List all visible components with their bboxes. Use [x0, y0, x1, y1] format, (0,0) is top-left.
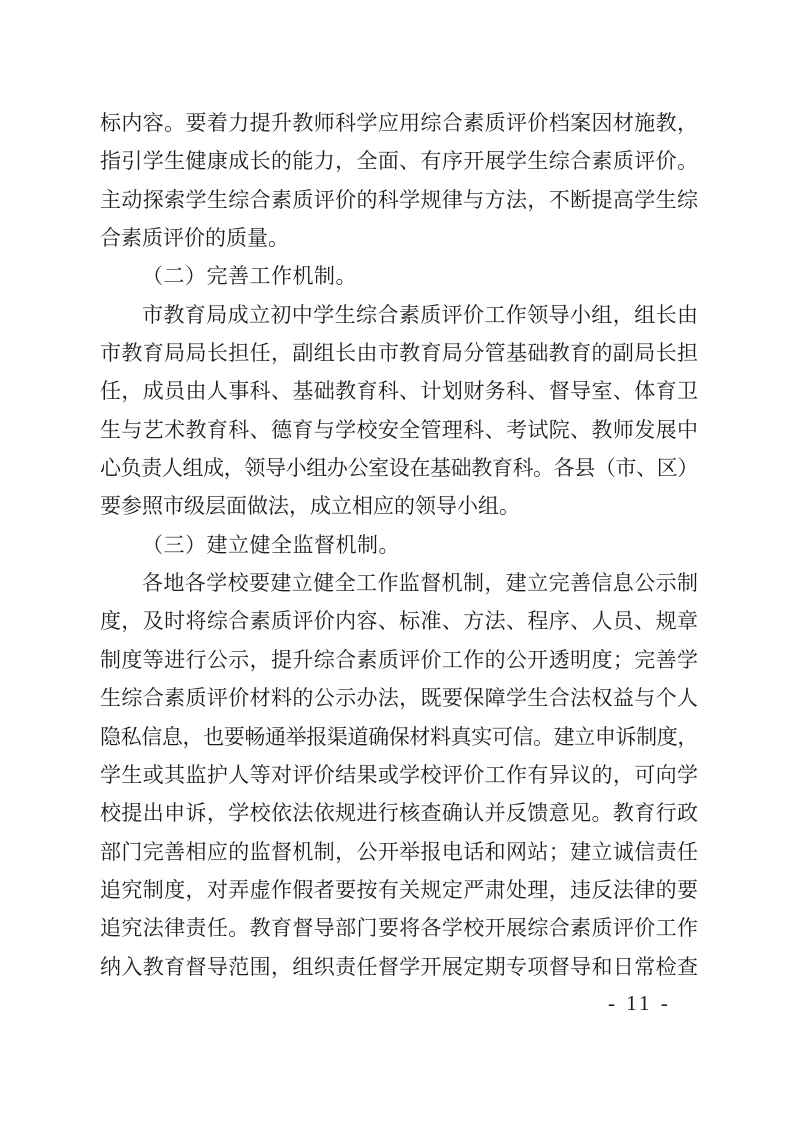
- text-line: 部门完善相应的监督机制，公开举报电话和网站；建立诚信责任: [100, 833, 698, 871]
- section-heading: （二）完善工作机制。: [100, 257, 698, 295]
- text-line: 指引学生健康成长的能力，全面、有序开展学生综合素质评价。: [100, 142, 698, 180]
- text-line: 生与艺术教育科、德育与学校安全管理科、考试院、教师发展中: [100, 411, 698, 449]
- section-heading: （三）建立健全监督机制。: [100, 526, 698, 564]
- text-line: 制度等进行公示，提升综合素质评价工作的公开透明度；完善学: [100, 641, 698, 679]
- text-line: 要参照市级层面做法，成立相应的领导小组。: [100, 487, 698, 525]
- text-line: 心负责人组成，领导小组办公室设在基础教育科。各县（市、区）: [100, 449, 698, 487]
- text-line: 追究制度，对弄虚作假者要按有关规定严肃处理，违反法律的要: [100, 871, 698, 909]
- text-line: 隐私信息，也要畅通举报渠道确保材料真实可信。建立申诉制度，: [100, 718, 698, 756]
- page-number: - 11 -: [608, 991, 671, 1015]
- text-line: 各地各学校要建立健全工作监督机制，建立完善信息公示制: [100, 564, 698, 602]
- text-line: 纳入教育督导范围，组织责任督学开展定期专项督导和日常检查: [100, 948, 698, 986]
- text-line: 市教育局局长担任，副组长由市教育局分管基础教育的副局长担: [100, 334, 698, 372]
- text-line: 校提出申诉，学校依法依规进行核查确认并反馈意见。教育行政: [100, 794, 698, 832]
- document-page: 标内容。要着力提升教师科学应用综合素质评价档案因材施教，指引学生健康成长的能力，…: [0, 0, 793, 1121]
- text-line: 合素质评价的质量。: [100, 219, 698, 257]
- text-line: 度，及时将综合素质评价内容、标准、方法、程序、人员、规章: [100, 602, 698, 640]
- text-line: 生综合素质评价材料的公示办法，既要保障学生合法权益与个人: [100, 679, 698, 717]
- text-line: 追究法律责任。教育督导部门要将各学校开展综合素质评价工作: [100, 909, 698, 947]
- text-line: 标内容。要着力提升教师科学应用综合素质评价档案因材施教，: [100, 104, 698, 142]
- text-line: 学生或其监护人等对评价结果或学校评价工作有异议的，可向学: [100, 756, 698, 794]
- text-line: 任，成员由人事科、基础教育科、计划财务科、督导室、体育卫: [100, 372, 698, 410]
- text-line: 主动探索学生综合素质评价的科学规律与方法，不断提高学生综: [100, 181, 698, 219]
- text-block: 标内容。要着力提升教师科学应用综合素质评价档案因材施教，指引学生健康成长的能力，…: [100, 104, 698, 986]
- text-line: 市教育局成立初中学生综合素质评价工作领导小组，组长由: [100, 296, 698, 334]
